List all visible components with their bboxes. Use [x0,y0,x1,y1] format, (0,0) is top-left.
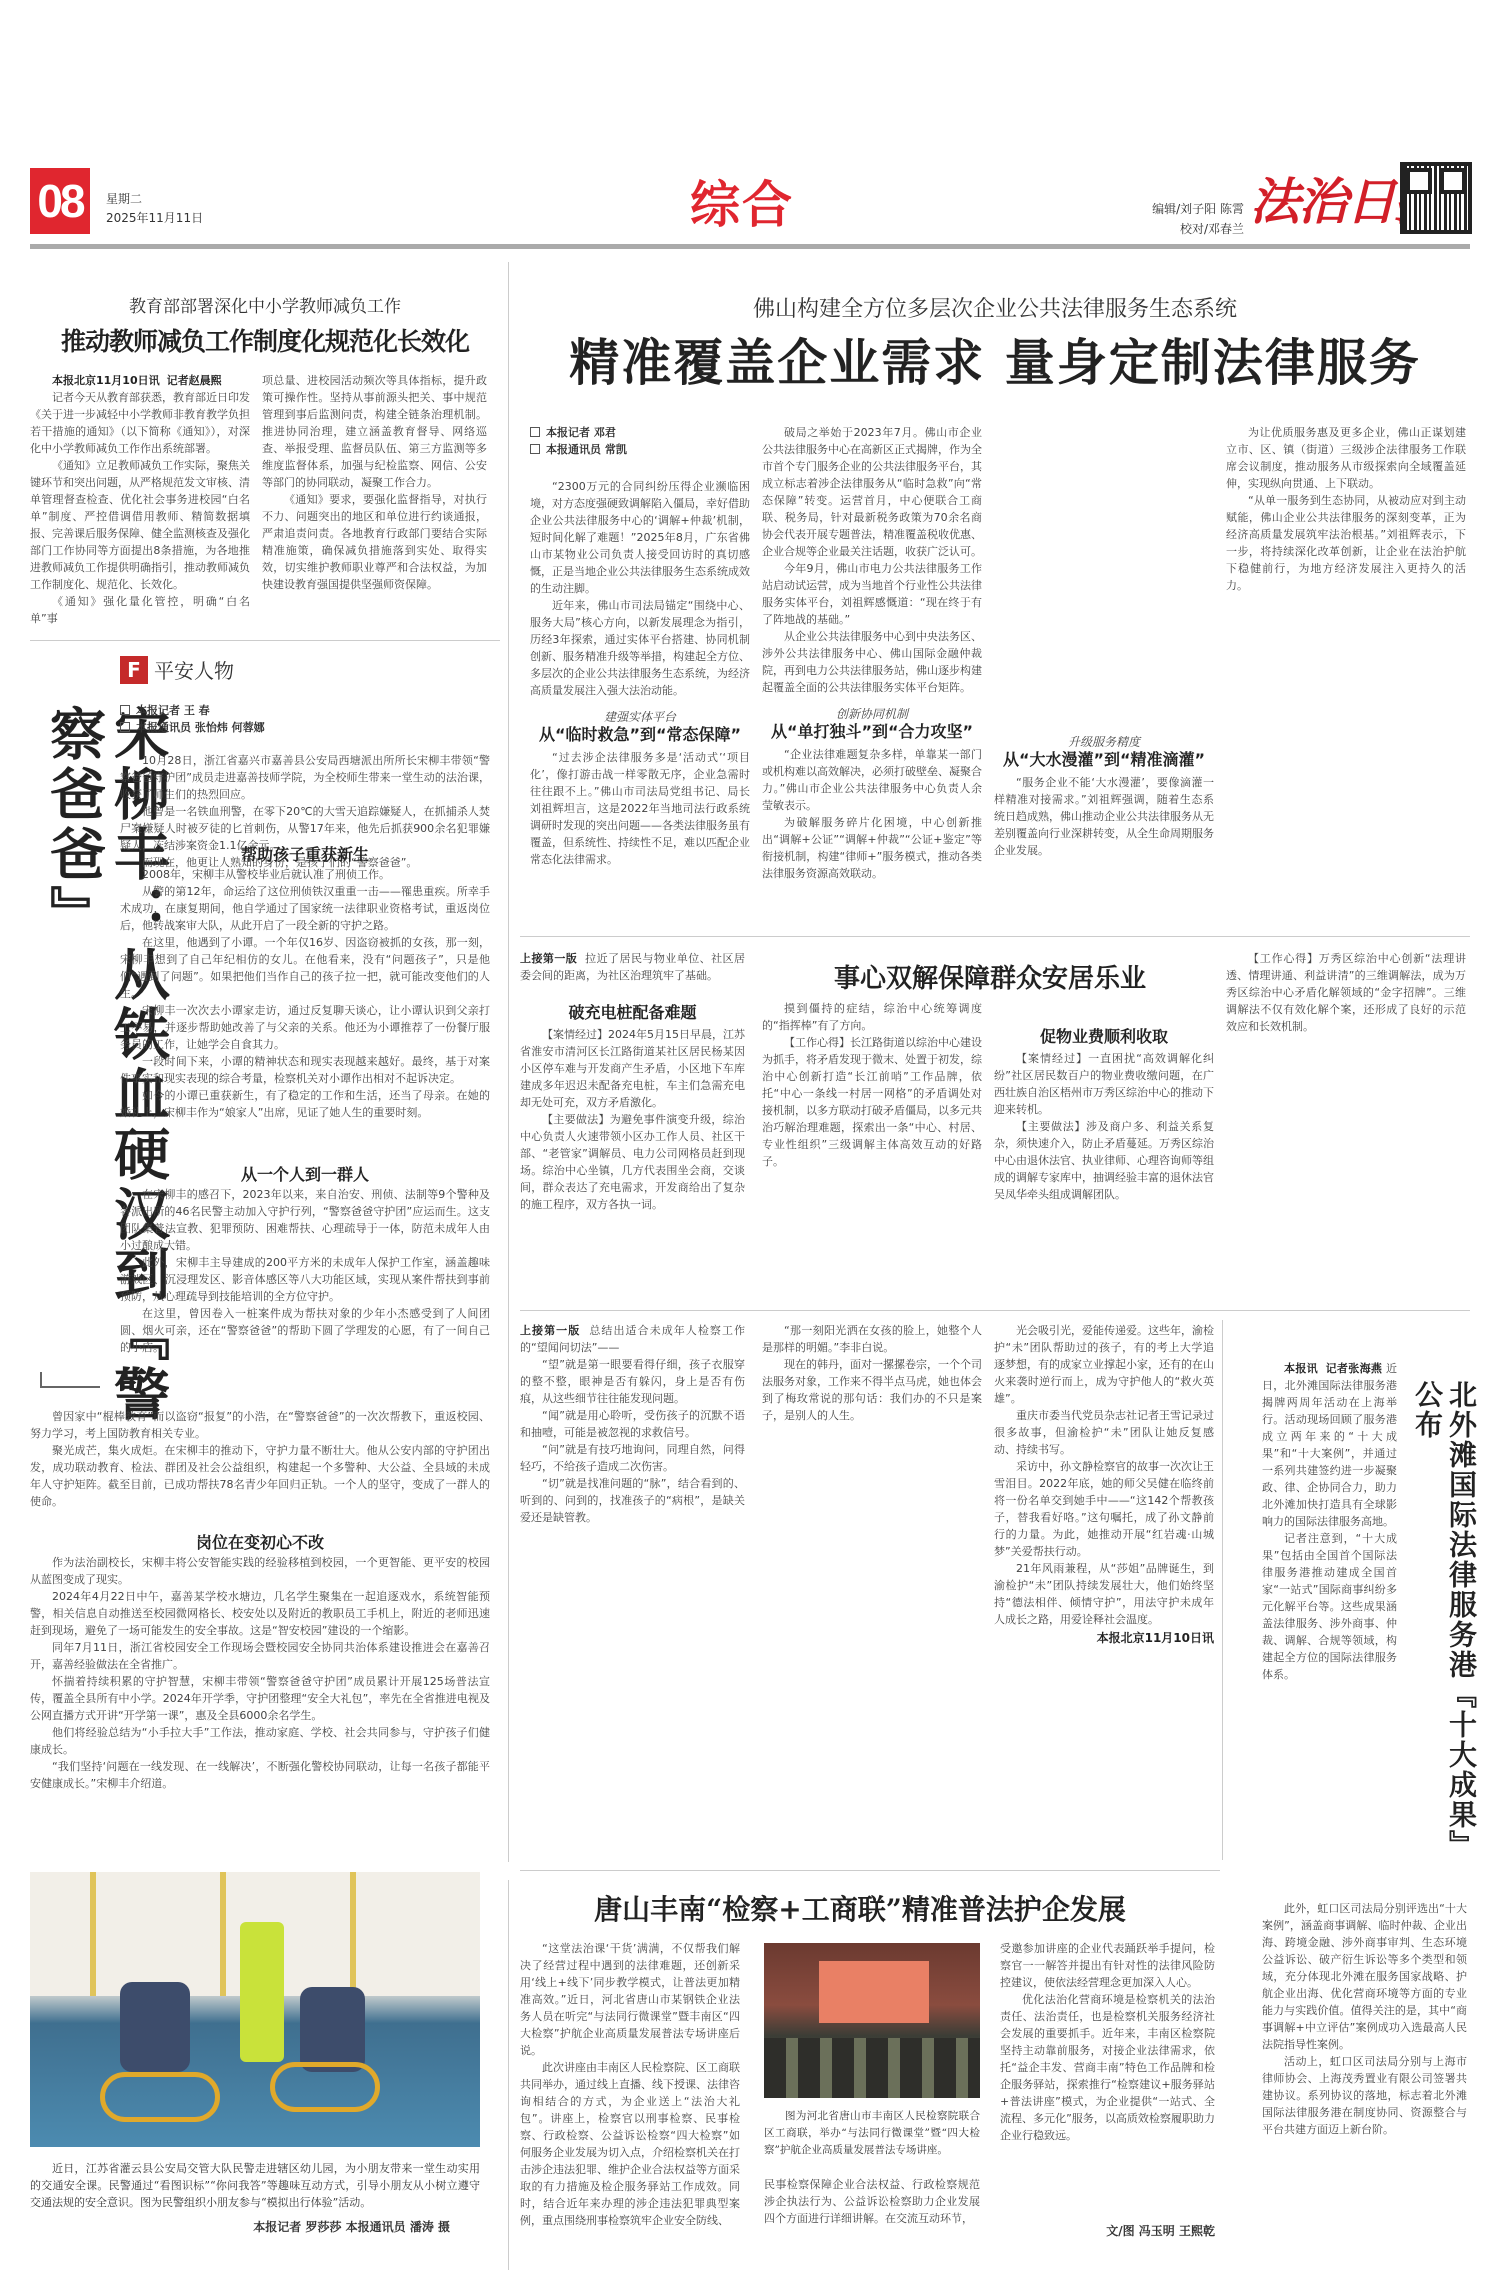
mediation-col4: 【工作心得】万秀区综治中心创新“法理讲透、情理讲通、利益讲清”的三维调解法，成为… [1226,950,1466,1035]
foshan-col4: 为让优质服务惠及更多企业，佛山正谋划建立市、区、镇（街道）三级涉企法律服务工作联… [1226,424,1466,594]
bullet-box-icon [530,444,540,454]
mediation-col1: 【案情经过】2024年5月15日早晨，江苏省淮安市清河区长江路街道某社区居民杨某… [520,1026,745,1213]
foshan-col2: 破局之举始于2023年7月。佛山市企业公共法律服务中心在高新区正式揭牌，作为全市… [762,424,982,882]
paragraph: 【工作心得】长江路街道以综治中心建设为抓手，将矛盾发现于微末、处置于初发，综治中… [762,1034,982,1170]
dateline: 本报北京11月10日讯 [52,374,160,387]
paragraph: 2024年4月22日中午，嘉善某学校水塘边，几名学生聚集在一起追逐戏水，系统智能… [30,1588,490,1639]
foshan-kicker-3: 升级服务精度 [994,734,1214,751]
paragraph: 近日，北外滩国际法律服务港揭牌两周年活动在上海举行。活动现场回顾了服务港成立两年… [1262,1362,1397,1528]
reporter: 记者张海燕 [1326,1362,1383,1375]
paragraph: 从企业公共法律服务中心到中央法务区、涉外公共法律服务中心、佛山国际金融仲裁院，再… [762,628,982,696]
traffic-photo-caption: 近日，江苏省灌云县公安局交管大队民警走进辖区幼儿园，为小朋友带来一堂生动实用的交… [30,2160,480,2211]
byline: 本报记者 王 春 [136,704,210,717]
audience-rows [764,2038,980,2098]
police-subhead-3: 岗位在变初心不改 [30,1530,490,1553]
teacher-col1: 本报北京11月10日讯 记者赵晨熙 记者今天从教育部获悉，教育部近日印发《关于进… [30,372,250,627]
foshan-bylines: 本报记者 邓君 本报通讯员 常凯 [530,424,627,458]
paragraph: 【案情经过】2024年5月15日早晨，江苏省淮安市清河区长江路街道某社区居民杨某… [520,1026,745,1111]
article-divider [520,936,1470,937]
editors-line: 编辑/刘子阳 陈霄 [1124,199,1244,219]
proofreader-line: 校对/邓春兰 [1124,219,1244,239]
foshan-col1: “2300万元的合同纠纷压得企业濒临困境，对方态度强硬致调解陷入僵局，幸好借助企… [530,478,750,868]
foshan-subhead-2: 从“单打独斗”到“合力攻坚” [762,723,982,740]
bullet-box-icon [120,722,130,732]
paragraph: 在宋柳丰的感召下，2023年以来，来自治安、刑侦、法制等9个警种及各派出所的46… [120,1186,490,1254]
title-end-bracket [40,1372,100,1388]
paragraph: 聚光成芒，集火成炬。在宋柳丰的推动下，守护力量不断壮大。他从公安内部的守护团出发… [30,1442,490,1510]
traffic-lesson-photo [30,1872,480,2147]
tangshan-lecture-photo [764,1943,980,2098]
paragraph: 项总量、进校园活动频次等具体指标，提升政策可操作性。坚持从事前源头把关、事中规范… [262,372,487,491]
mediation-subhead-1: 破充电桩配备难题 [520,1000,745,1023]
header-date: 2025年11月11日 [106,209,203,226]
traffic-photo-credit: 本报记者 罗莎莎 本报通讯员 潘涛 摄 [30,2218,450,2235]
paragraph: 记者今天从教育部获悉，教育部近日印发《关于进一步减轻中小学教师非教育教学负担若干… [30,389,250,457]
reporter: 记者赵晨熙 [167,374,222,387]
mediation-headline: 事心双解保障群众安居乐业 [750,958,1230,995]
projection-screen [819,1961,929,2023]
paragraph: “服务企业不能‘大水漫灌’，要像滴灌一样精准对接需求。”刘祖辉强调，随着生态系统… [994,774,1214,859]
police-subhead-1: 帮助孩子重获新生 [120,842,490,865]
teacher-col2: 项总量、进校园活动频次等具体指标，提升政策可操作性。坚持从事前源头把关、事中规范… [262,372,487,593]
procuratorate-dateline: 本报北京11月10日讯 [994,1630,1214,1647]
paragraph: 记者注意到，“十大成果”包括由全国首个国际法律服务港推动建成全国首家“一站式”国… [1262,1530,1397,1683]
paragraph: “这堂法治课‘干货’满满，不仅帮我们解决了经营过程中遇到的法律难题，还创新采用‘… [520,1940,740,2059]
mediation-continued: 上接第一版 拉近了居民与物业单位、社区居委会间的距离，为社区治理筑牢了基础。 [520,950,745,984]
dateline: 本报讯 [1284,1362,1318,1375]
police-section-2: 在宋柳丰的感召下，2023年以来，来自治安、刑侦、法制等9个警种及各派出所的46… [120,1186,490,1356]
paragraph: “那一刻阳光洒在女孩的脸上，她整个人是那样的明媚。”李非白说。 [762,1322,982,1356]
paragraph: “切”就是找准问题的“脉”，结合看到的、听到的、问到的，找准孩子的“病根”，是缺… [520,1475,745,1526]
paragraph: 今年9月，佛山市电力公共法律服务工作站启动试运营，成为当地首个行业性公共法律服务… [762,560,982,628]
foshan-kicker: 佛山构建全方位多层次企业公共法律服务生态系统 [520,292,1470,323]
paragraph: 【工作心得】万秀区综治中心创新“法理讲透、情理讲通、利益讲清”的三维调解法，成为… [1226,950,1466,1035]
tricycle [270,2062,380,2112]
foshan-subhead-1: 从“临时救急”到“常态保障” [530,726,750,743]
paragraph: 受邀参加讲座的企业代表踊跃举手提问，检察官一一解答并提出有针对性的法律风险防控建… [1000,1940,1215,1991]
paragraph: 【主要做法】涉及商户多、利益关系复杂，须快速介入，防止矛盾蔓延。万秀区综治中心由… [994,1118,1214,1203]
tangshan-headline: 唐山丰南“检察+工商联”精准普法护企发展 [520,1888,1200,1928]
paragraph: 《通知》强化量化管控，明确“白名单”事 [30,593,250,627]
bullet-box-icon [530,427,540,437]
foshan-col3: 升级服务精度 从“大水漫灌”到“精准滴灌” “服务企业不能‘大水漫灌’，要像滴灌… [994,424,1214,859]
tangshan-credit: 文/图 冯玉明 王熙乾 [1000,2222,1215,2239]
paragraph: 同年7月11日，浙江省校园安全工作现场会暨校园安全协同共治体系建设推进会在嘉善召… [30,1639,490,1673]
police-subhead-2: 从一个人到一群人 [120,1162,490,1185]
paragraph: 《通知》立足教师减负工作实际，聚焦关键环节和突出问题，从严格规范发文审核、清单管… [30,457,250,593]
qr-code-icon[interactable] [1400,162,1472,234]
paragraph: 此外，虹口区司法局分别评选出“十大案例”，涵盖商事调解、临时仲裁、企业出海、跨境… [1262,1900,1467,2053]
tangshan-col3: 受邀参加讲座的企业代表踊跃举手提问，检察官一一解答并提出有针对性的法律风险防控建… [1000,1940,1215,2144]
continued-label: 上接第一版 [520,952,577,965]
mediation-col2: 摸到僵持的症结，综治中心统筹调度的“指挥棒”有了方向。 【工作心得】长江路街道以… [762,1000,982,1170]
paragraph: 宋柳丰一次次去小谭家走访，通过反复聊天谈心，让小谭认识到父亲打工不易，并逐步帮助… [120,1002,490,1053]
bund-text: 本报讯 记者张海燕 近日，北外滩国际法律服务港揭牌两周年活动在上海举行。活动现场… [1262,1360,1397,1683]
foshan-kicker-1: 建强实体平台 [530,709,750,726]
tangshan-col1: “这堂法治课‘干货’满满，不仅帮我们解决了经营过程中遇到的法律难题，还创新采用‘… [520,1940,740,2229]
tricycle [100,2072,220,2122]
paragraph: 活动上，虹口区司法局分别与上海市律师协会、上海茂秀置业有限公司签署共建协议。系列… [1262,2053,1467,2138]
paragraph: 光会吸引光，爱能传递爱。这些年，渝检护“未”团队帮助过的孩子，有的考上大学追逐梦… [994,1322,1214,1407]
column-logo: F 平安人物 [120,655,234,684]
mediation-subhead-2: 促物业费顺利收取 [994,1024,1214,1047]
police-section-3: 作为法治副校长，宋柳丰将公安智能实践的经验移植到校园，一个更智能、更平安的校园从… [30,1554,490,1792]
foshan-subhead-3: 从“大水漫灌”到“精准滴灌” [994,751,1214,768]
procuratorate-col2: “那一刻阳光洒在女孩的脸上，她整个人是那样的明媚。”李非白说。 现在的韩丹，面对… [762,1322,982,1424]
paragraph: 摸到僵持的症结，综治中心统筹调度的“指挥棒”有了方向。 [762,1000,982,1034]
bund-vertical-headline: 北外滩国际法律服务港『十大成果』公布 [1410,1380,1478,1850]
column-logo-label: 平安人物 [154,655,234,684]
mediation-col3: 【案情经过】一直困扰“高效调解化纠纷”社区居民数百户的物业费收缴问题，在广西壮族… [994,1050,1214,1203]
f-logo-icon: F [120,656,148,684]
paragraph: 为破解服务碎片化困境，中心创新推出“调解+公证”“调解+仲裁”“公证+鉴定”等衔… [762,814,982,882]
paragraph: 优化法治化营商环境是检察机关的法治责任、法治责任，也是检察机关服务经济社会发展的… [1000,1991,1215,2144]
paragraph: 如今的小谭已重获新生，有了稳定的工作和生活，还当了母亲。在她的婚礼上，宋柳丰作为… [120,1087,490,1121]
procuratorate-col3: 光会吸引光，爱能传递爱。这些年，渝检护“未”团队帮助过的孩子，有的考上大学追逐梦… [994,1322,1214,1647]
bullet-box-icon [120,705,130,715]
paragraph: “望”就是第一眼要看得仔细，孩子衣服穿的整不整，眼神是否有躲闪，身上是否有伤痕，… [520,1356,745,1407]
editor-credits: 编辑/刘子阳 陈霄 校对/邓春兰 [1124,199,1244,239]
byline: 本报记者 邓君 [546,426,616,439]
paragraph: 21年风雨兼程，从“莎姐”品牌诞生，到渝检护“未”团队持续发展壮大，他们始终坚持… [994,1560,1214,1628]
paragraph: 一段时间下来，小谭的精神状态和现实表现越来越好。最终，基于对案件事实和现实表现的… [120,1053,490,1087]
child-figure [300,1987,365,2072]
paragraph: 《通知》要求，要强化监督指导，对执行不力、问题突出的地区和单位进行约谈通报，严肃… [262,491,487,593]
paragraph: 曾因家中“棍棒教育”而以盗窃“报复”的小浩，在“警察爸爸”的一次次帮教下，重返校… [30,1408,490,1442]
paragraph: 在这里，他遇到了小谭。一个年仅16岁、因盗窃被抓的女孩，那一刻，宋柳丰想到了自己… [120,934,490,1002]
police-bylines: 本报记者 王 春 本报通讯员 张怡炜 何蓉娜 [120,702,265,736]
column-divider [1222,1320,1223,1860]
paragraph: 采访中，孙文静检察官的故事一次次让王雪泪目。2022年底，她的师父吴健在临终前将… [994,1458,1214,1560]
byline: 本报通讯员 常凯 [546,443,627,456]
paragraph: “从单一服务到生态协同，从被动应对到主动赋能，佛山企业公共法律服务的深刻变革，正… [1226,492,1466,594]
paragraph: 他们将经验总结为“小手拉大手”工作法，推动家庭、学校、社会共同参与，守护孩子们健… [30,1724,490,1758]
header-rule [30,244,1470,249]
paragraph: “过去涉企法律服务多是‘活动式’‘项目化’，像打游击战一样零散无序，企业急需时往… [530,749,750,868]
newspaper-page: 08 星期二 2025年11月11日 综合 编辑/刘子阳 陈霄 校对/邓春兰 法… [0,0,1500,2279]
article-divider [520,1870,1220,1871]
foshan-kicker-2: 创新协同机制 [762,706,982,723]
teacher-headline: 推动教师减负工作制度化规范化长效化 [30,322,500,358]
paragraph: 10月28日，浙江省嘉兴市嘉善县公安局西塘派出所所长宋柳丰带领“警察爸爸守护团”… [120,752,490,803]
header-weekday: 星期二 [106,190,142,207]
bund-text-cont: 此外，虹口区司法局分别评选出“十大案例”，涵盖商事调解、临时仲裁、企业出海、跨境… [1262,1900,1467,2138]
procuratorate-col1: 上接第一版 总结出适合未成年人检察工作的“望闻问切法”—— “望”就是第一眼要看… [520,1322,745,1526]
section-title: 综合 [690,165,794,237]
paragraph: 从警的第12年，命运给了这位刑侦铁汉重重一击——罹患重疾。所幸手术成功，在康复期… [120,883,490,934]
child-figure [120,1982,190,2072]
paragraph: 此外，宋柳丰主导建成的200平方米的未成年人保护工作室，涵盖趣味游戏区、沉浸理发… [120,1254,490,1305]
paragraph: 【主要做法】为避免事件演变升级，综治中心负责人火速带领小区办工作人员、社区干部、… [520,1111,745,1213]
foshan-headline: 精准覆盖企业需求 量身定制法律服务 [520,323,1470,395]
paragraph: “2300万元的合同纠纷压得企业濒临困境，对方态度强硬致调解陷入僵局，幸好借助企… [530,478,750,597]
paragraph: 此次讲座由丰南区人民检察院、区工商联共同举办，通过线上直播、线下授课、法律咨询相… [520,2059,740,2229]
paragraph: 作为法治副校长，宋柳丰将公安智能实践的经验移植到校园，一个更智能、更平安的校园从… [30,1554,490,1588]
paragraph: 【案情经过】一直困扰“高效调解化纠纷”社区居民数百户的物业费收缴问题，在广西壮族… [994,1050,1214,1118]
paragraph: 破局之举始于2023年7月。佛山市企业公共法律服务中心在高新区正式揭牌，作为全市… [762,424,982,560]
article-divider [30,640,500,641]
article-divider [520,1310,1470,1311]
paragraph: 为让优质服务惠及更多企业，佛山正谋划建立市、区、镇（街道）三级涉企法律服务工作联… [1226,424,1466,492]
continued-label: 上接第一版 [520,1324,580,1337]
police-section-1: 2008年，宋柳丰从警校毕业后就认准了刑侦工作。 从警的第12年，命运给了这位刑… [120,866,490,1121]
paragraph: 2008年，宋柳丰从警校毕业后就认准了刑侦工作。 [120,866,490,883]
police-section-2-cont: 曾因家中“棍棒教育”而以盗窃“报复”的小浩，在“警察爸爸”的一次次帮教下，重返校… [30,1408,490,1510]
paragraph: “问”就是有技巧地询问，同理自然，问得轻巧，不给孩子造成二次伤害。 [520,1441,745,1475]
paragraph: 近年来，佛山市司法局锚定“围绕中心、服务大局”核心方向，以新发展理念为指引，历经… [530,597,750,699]
paragraph: “我们坚持‘问题在一线发现、在一线解决’，不断强化警校协同联动，让每一名孩子都能… [30,1758,490,1792]
paragraph: 重庆市委当代党员杂志社记者王雪记录过很多故事，但渝检护“未”团队让她反复感动、持… [994,1407,1214,1458]
column-divider [508,1880,509,2270]
paragraph: “闻”就是用心聆听，受伤孩子的沉默不语和抽噎，可能是被忽视的求救信号。 [520,1407,745,1441]
teacher-kicker: 教育部部署深化中小学教师减负工作 [30,292,500,317]
paragraph: “企业法律难题复杂多样，单靠某一部门或机构难以高效解决，必须打破壁垒、凝聚合力。… [762,746,982,814]
paragraph: 在这里，曾因卷入一桩案件成为帮扶对象的少年小杰感受到了人间团圆、烟火可亲，还在“… [120,1305,490,1356]
tangshan-col2: 民事检察保障企业合法权益、行政检察规范涉企执法行为、公益诉讼检察助力企业发展四个… [764,2176,980,2227]
tangshan-photo-caption: 图为河北省唐山市丰南区人民检察院联合区工商联，举办“与法同行微课堂”暨“四大检察… [764,2108,980,2159]
paragraph: 怀揣着持续积累的守护智慧，宋柳丰带领“警察爸爸守护团”成员累计开展125场普法宣… [30,1673,490,1724]
byline: 本报通讯员 张怡炜 何蓉娜 [136,721,265,734]
column-divider [508,262,509,1862]
paragraph: 现在的韩丹，面对一摞摞卷宗，一个个司法服务对象，工作来不得半点马虎，她也体会到了… [762,1356,982,1424]
page-number-badge: 08 [30,168,90,234]
officer-figure [240,1922,284,2062]
